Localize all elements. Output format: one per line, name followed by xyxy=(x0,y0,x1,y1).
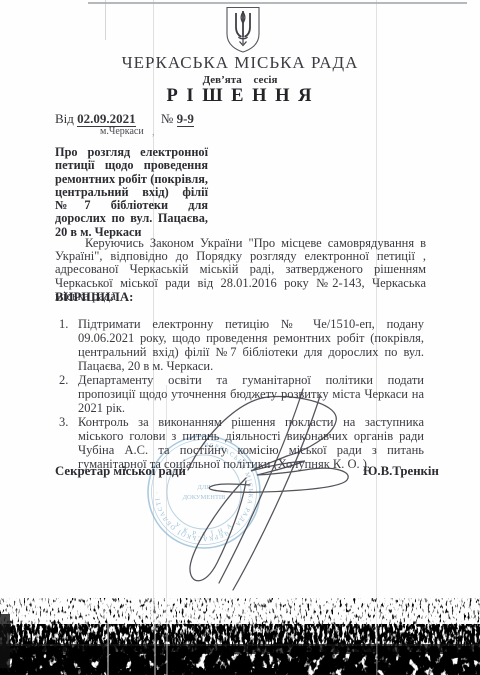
scan-fold-line xyxy=(105,0,106,40)
signatory-name: Ю.В.Тренкін xyxy=(363,464,439,479)
item-text: Контроль за виконанням рішення покласти … xyxy=(78,415,424,471)
decision-number: 9-9 xyxy=(177,111,194,127)
list-item: 2. Департаменту освіти та гуманітарної п… xyxy=(55,373,424,415)
item-text: Підтримати електронну петицію № Че/1510-… xyxy=(78,317,424,373)
org-name: ЧЕРКАСЬКА МІСЬКА РАДА xyxy=(0,53,480,73)
date-row: Від 02.09.2021 № 9-9 xyxy=(55,111,194,127)
city-comma-artifact: , xyxy=(152,127,155,138)
list-item: 1. Підтримати електронну петицію № Че/15… xyxy=(55,317,424,373)
stamp-center-line1: ДЛЯ xyxy=(197,484,211,491)
doc-type-title: Р І Ш Е Н Н Я xyxy=(0,86,480,107)
from-label: Від xyxy=(55,111,74,126)
session-label: Дев’ята сесія xyxy=(0,74,480,86)
stamp-center-line2: ДОКУМЕНТІВ xyxy=(183,494,227,501)
item-text: Департаменту освіти та гуманітарної полі… xyxy=(78,373,424,415)
number-sign: № xyxy=(161,111,173,126)
item-number: 2. xyxy=(59,373,68,387)
scan-noise-artifact xyxy=(0,598,480,675)
resolution-list: 1. Підтримати електронну петицію № Че/15… xyxy=(55,317,424,471)
item-number: 1. xyxy=(59,317,68,331)
list-item: 3. Контроль за виконанням рішення поклас… xyxy=(55,415,424,471)
city-label: м.Черкаси xyxy=(100,126,144,137)
resolved-label: ВИРІШИЛА: xyxy=(55,290,133,305)
scanned-decision-document: ЧЕРКАСЬКА МІСЬКА РАДА Дев’ята сесія Р І … xyxy=(0,0,480,675)
decision-date: 02.09.2021 xyxy=(77,111,136,127)
coat-of-arms-icon xyxy=(223,6,263,58)
item-number: 3. xyxy=(59,415,68,429)
scan-edge-line xyxy=(88,2,467,4)
signatory-title: Секретар міської ради xyxy=(55,464,186,479)
subject-paragraph: Про розгляд електронної петиції щодо про… xyxy=(55,146,208,239)
